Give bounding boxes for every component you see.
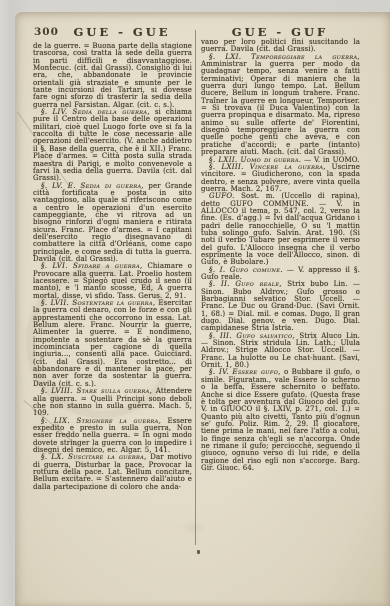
dictionary-entry: §. LVII. Sostentare la guerra, Esercitar… xyxy=(33,300,192,388)
dictionary-entry: §. II. Gufo reale, Strix bubo Lin. — Sin… xyxy=(201,281,360,332)
dictionary-entry: §. LIX. Strignere la guerra, Essere expe… xyxy=(33,418,192,455)
dictionary-entry: §. LVI. Sfidare a guerra, Chiamare o Pro… xyxy=(33,263,192,300)
left-text-column: de la guerre. = Buona parte della stagio… xyxy=(33,43,192,491)
dictionary-entry: §. III. Gufo salvatico, Strix Aluco Lin.… xyxy=(201,333,360,370)
dictionary-entry: §. LXI. Temporeggiare la guerra, Amminis… xyxy=(201,54,360,157)
entry-body-text: Strix bubo Lin. — Sinon. Bubo Aldrov.; G… xyxy=(201,280,360,332)
dictionary-entry: GUFO. Sost. m. (Uccello di rapina), dett… xyxy=(201,193,360,266)
right-text-column: vano per loro politici fini suscitando l… xyxy=(201,39,360,472)
dictionary-entry: §. LXIII. Vincere la guerra, Uscirne vin… xyxy=(201,164,360,193)
dictionary-entry: de la guerre. = Buona parte della stagio… xyxy=(33,43,192,109)
entry-body-text: vano per loro politici fini suscitando l… xyxy=(201,38,360,53)
entry-body-text: si chiama pure il Centro della base dell… xyxy=(33,108,192,182)
running-head-right: GUE - GUF xyxy=(201,25,359,39)
dictionary-entry: §. LVIII. Stare sulla guerra, Attendere … xyxy=(33,388,192,417)
dictionary-entry: vano per loro politici fini suscitando l… xyxy=(201,39,360,54)
entry-body-text: Amministrar la guerra per modo da guadag… xyxy=(201,60,360,156)
scanned-page-background: 300 GUE - GUE GUE - GUF de la guerre. = … xyxy=(0,0,390,606)
dictionary-entry: §. LIV. Sedia della guerra, si chiama pu… xyxy=(33,109,192,182)
dictionary-entry: §. IV. Essere gufo, o Bubbare il gufo, o… xyxy=(201,369,360,472)
entry-body-text: o Bubbare il gufo, o simile. Figuratam.,… xyxy=(201,368,360,471)
entry-body-text: Esercitar la guerra col denaro, con le f… xyxy=(33,299,192,388)
entry-body-text: Sost. m. (Uccello di rapina), detto GUFO… xyxy=(201,192,360,266)
entry-body-text: per Grande città fortificata e posta in … xyxy=(33,182,192,263)
column-divider-rule xyxy=(195,30,196,545)
entry-body-text: de la guerre. = Buona parte della stagio… xyxy=(33,42,192,109)
running-head-left: GUE - GUE xyxy=(43,25,201,39)
dictionary-entry: §. LX. Suscitare la guerra, Dar motivo d… xyxy=(33,454,192,491)
dictionary-entry: §. LV. E. Sedia di guerra, per Grande ci… xyxy=(33,183,192,264)
